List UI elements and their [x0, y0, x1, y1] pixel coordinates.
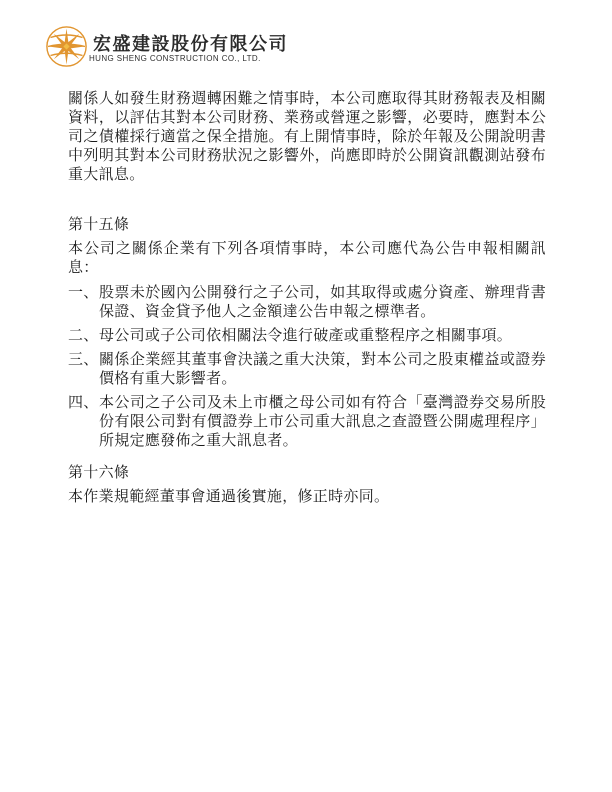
list-item-marker: 三、 [68, 350, 99, 388]
document-body: 關係人如發生財務週轉困難之情事時，本公司應取得其財務報表及相關資料，以評估其對本… [68, 89, 546, 506]
article-15: 第十五條 本公司之關係企業有下列各項情事時，本公司應代為公告申報相關訊息： 一、… [68, 215, 546, 450]
list-item-text: 關係企業經其董事會決議之重大決策，對本公司之股東權益或證券價格有重大影響者。 [99, 350, 546, 388]
article-15-title: 第十五條 [68, 215, 546, 234]
article-16-title: 第十六條 [68, 463, 546, 482]
company-name-english: HUNG SHENG CONSTRUCTION CO., LTD. [89, 54, 261, 63]
list-item-marker: 四、 [68, 393, 99, 450]
list-item-marker: 一、 [68, 283, 99, 321]
list-item: 一、 股票未於國內公開發行之子公司，如其取得或處分資產、辦理背書保證、資金貸予他… [68, 283, 546, 321]
list-item-text: 本公司之子公司及未上市櫃之母公司如有符合「臺灣證券交易所股份有限公司對有價證券上… [99, 393, 546, 450]
opening-paragraph: 關係人如發生財務週轉困難之情事時，本公司應取得其財務報表及相關資料，以評估其對本… [68, 89, 546, 184]
list-item-text: 母公司或子公司依相關法令進行破產或重整程序之相關事項。 [99, 326, 546, 345]
list-item: 三、 關係企業經其董事會決議之重大決策，對本公司之股東權益或證券價格有重大影響者… [68, 350, 546, 388]
article-16-text: 本作業規範經董事會通過後實施，修正時亦同。 [68, 487, 546, 506]
company-name-chinese: 宏盛建設股份有限公司 [93, 30, 288, 56]
article-15-intro: 本公司之關係企業有下列各項情事時，本公司應代為公告申報相關訊息： [68, 239, 546, 277]
article-16: 第十六條 本作業規範經董事會通過後實施，修正時亦同。 [68, 463, 546, 506]
list-item-marker: 二、 [68, 326, 99, 345]
list-item: 四、 本公司之子公司及未上市櫃之母公司如有符合「臺灣證券交易所股份有限公司對有價… [68, 393, 546, 450]
list-item-text: 股票未於國內公開發行之子公司，如其取得或處分資產、辦理背書保證、資金貸予他人之金… [99, 283, 546, 321]
company-logo-icon [45, 25, 88, 68]
document-page: 宏盛建設股份有限公司 HUNG SHENG CONSTRUCTION CO., … [0, 0, 612, 792]
list-item: 二、 母公司或子公司依相關法令進行破產或重整程序之相關事項。 [68, 326, 546, 345]
